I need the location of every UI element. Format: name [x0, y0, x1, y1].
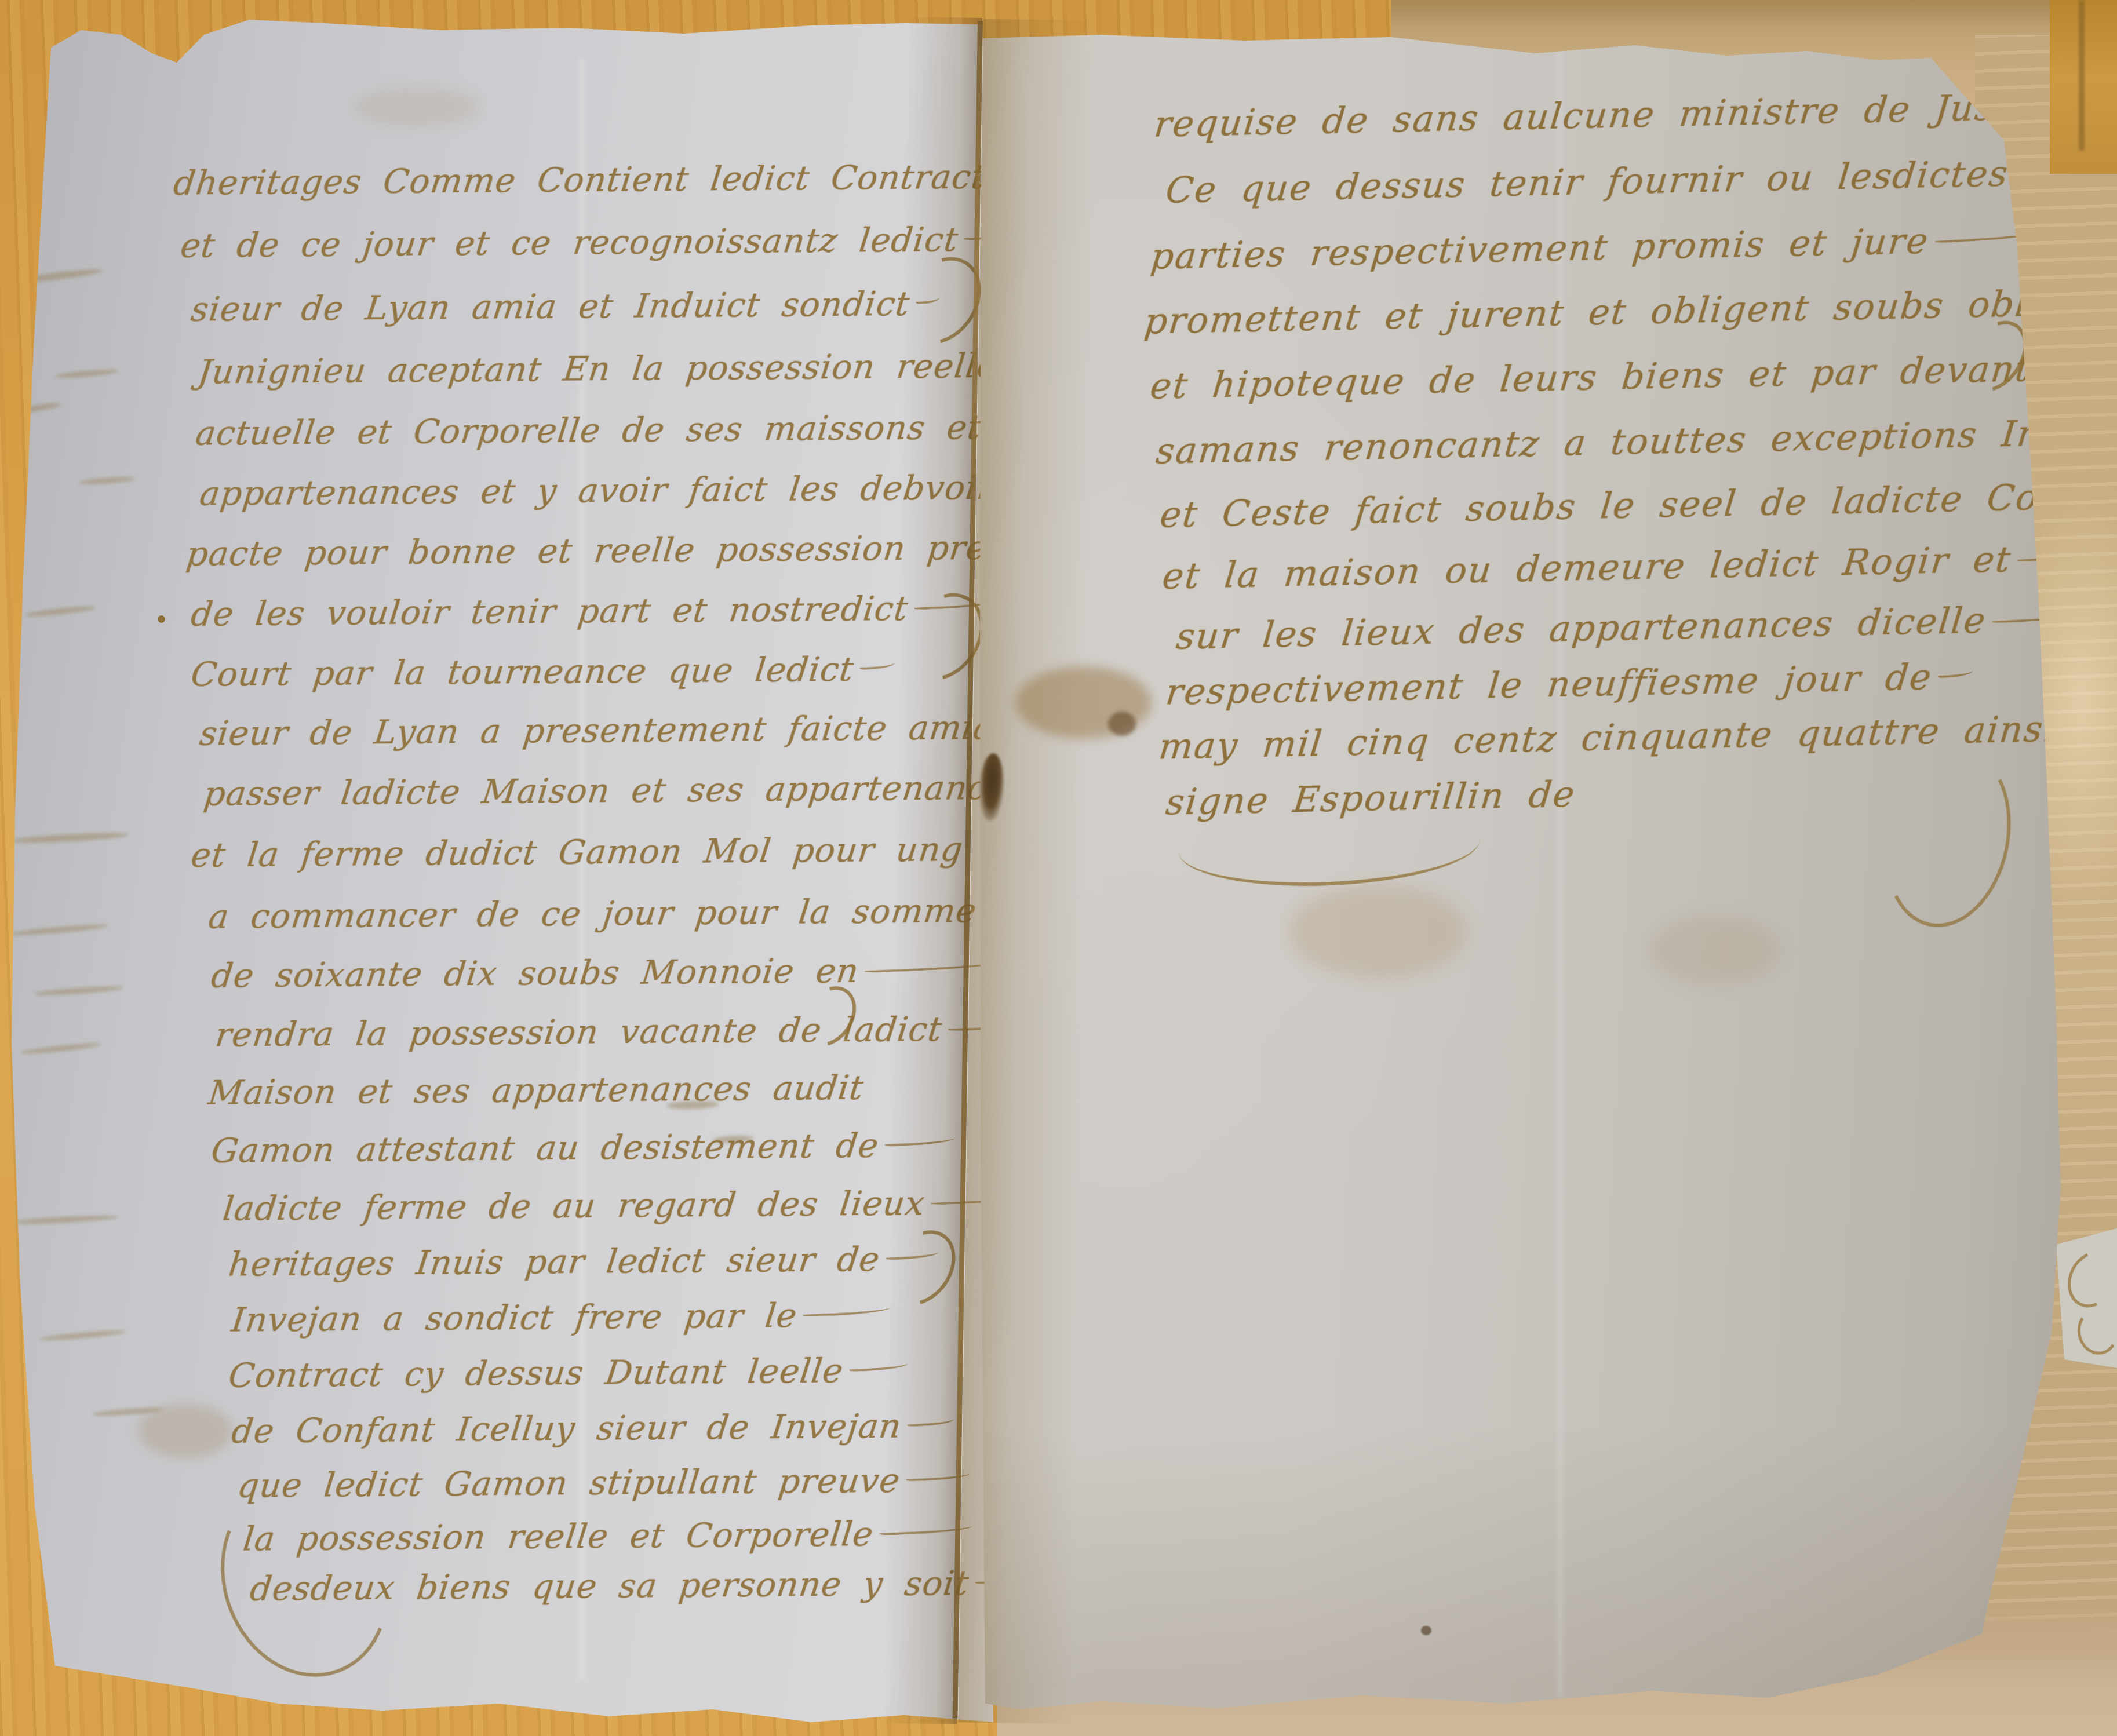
- paper-stain: [1289, 885, 1466, 978]
- manuscript-line: de Confant Icelluy sieur de Invejan: [229, 1406, 956, 1451]
- ink-dot: [158, 615, 165, 623]
- scrap-ink-stroke: [2074, 1305, 2117, 1358]
- signature-underline-flourish: [1179, 835, 1482, 892]
- manuscript-line: Invejan a sondict frere par le: [229, 1295, 892, 1340]
- manuscript-line: Maison et ses appartenances audit: [206, 1068, 866, 1113]
- manuscript-line: Court par la tourneance que ledict: [189, 649, 897, 694]
- tail-flourish: [1869, 736, 2027, 939]
- manuscript-line: et de ce jour et ce recognoissantz ledic…: [178, 220, 1018, 265]
- manuscript-line: Gamon attestant au desistement de: [209, 1125, 956, 1170]
- manuscript-line: Ce que dessus tenir fournir ou lesdictes: [1164, 152, 2010, 211]
- paper-stain: [1421, 1626, 1431, 1635]
- manuscript-line: promettent et jurent et obligent soubs o…: [1142, 279, 2117, 342]
- manuscript-line: respectivement le neuffiesme jour de: [1164, 655, 1974, 713]
- manuscript-line: que ledict Gamon stipullant preuve: [235, 1460, 972, 1505]
- manuscript-line: sieur de Lyan amia et Induict sondict: [189, 284, 941, 329]
- ink-show-through: [20, 1042, 101, 1056]
- ink-show-through: [78, 476, 136, 486]
- manuscript-line: Contract cy dessus Dutant leelle: [227, 1351, 909, 1395]
- manuscript-line: et la maison ou demeure ledict Rogir et: [1160, 535, 2117, 597]
- paper-stain: [1649, 916, 1779, 985]
- manuscript-line: heritages Inuis par ledict sieur de: [227, 1239, 940, 1284]
- ink-show-through: [24, 604, 97, 618]
- manuscript-line: de soixante dix soubs Monnoie en: [209, 950, 1006, 995]
- manuscript-line: samans renoncantz a touttes exceptions I…: [1154, 409, 2117, 472]
- paper-stain: [138, 1403, 234, 1458]
- wood-grain-groove: [2079, 0, 2085, 151]
- manuscript-line: sur les lieux des appartenances dicelle: [1174, 596, 2117, 658]
- paper-stain: [354, 87, 481, 127]
- paper-stain: [1108, 712, 1136, 736]
- ink-show-through: [16, 267, 103, 285]
- wood-corner-top-right: [2050, 0, 2117, 174]
- wood-table: { "palette": { "wood": "#d89f47", "parch…: [0, 0, 2117, 1736]
- ink-show-through: [10, 831, 129, 845]
- scrap-ink-stroke: [2059, 1243, 2117, 1315]
- ink-show-through: [12, 1214, 119, 1226]
- ink-show-through: [34, 985, 123, 997]
- ink-show-through: [7, 402, 62, 416]
- manuscript-line: parties respectivement promis et jure: [1149, 217, 2041, 278]
- manuscript-photo-scene: dheritages Comme Contient ledict Contrac…: [0, 0, 2117, 1736]
- ink-show-through: [55, 368, 119, 380]
- manuscript-line: et Ceste faict soubs le seel de ladicte …: [1158, 473, 2117, 536]
- manuscript-line: signe Espourillin de: [1164, 773, 1577, 823]
- manuscript-line: de les vouloir tenir part et nostredict: [189, 588, 997, 634]
- ink-show-through: [39, 1329, 126, 1341]
- manuscript-line: may mil cinq centz cinquante quattre ain…: [1157, 707, 2058, 768]
- ink-show-through: [7, 922, 108, 937]
